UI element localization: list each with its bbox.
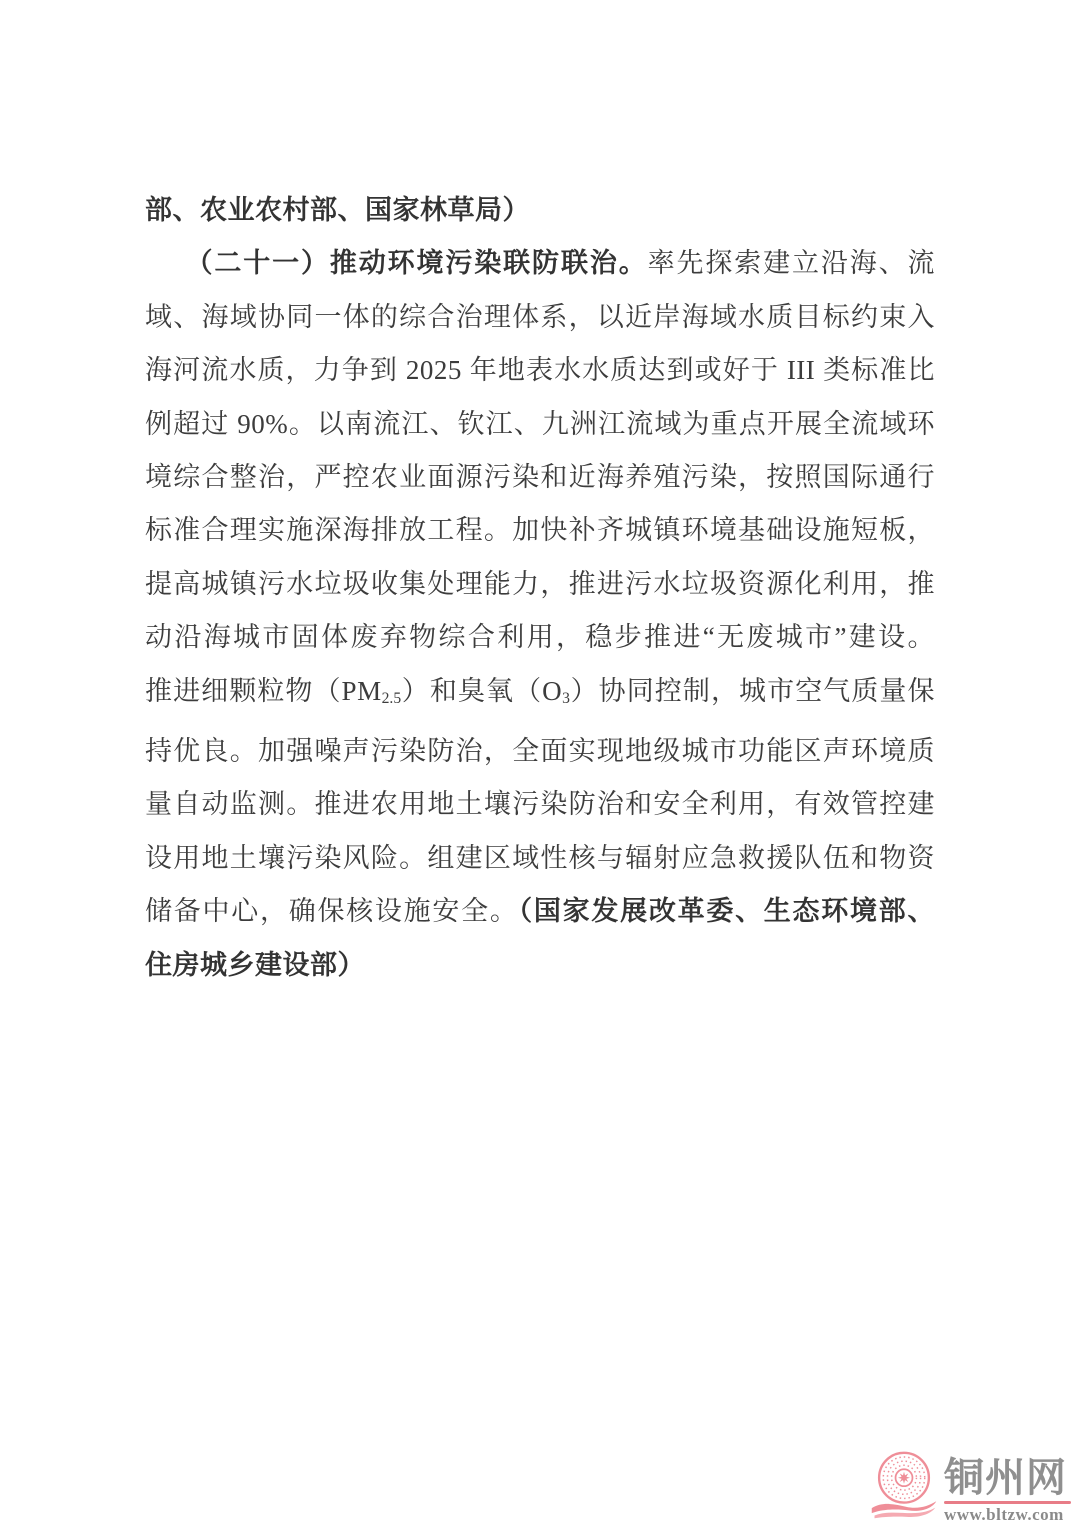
text-segment: 住房城乡建设部） <box>145 950 365 980</box>
text-line-14: 储备中心，确保核设施安全。（国家发展改革委、生态环境部、 <box>145 885 935 938</box>
document-page: 部、农业农村部、国家林草局）（二十一）推动环境污染联防联治。率先探索建立沿海、流… <box>0 0 1080 1527</box>
watermark-text: 铜州网 www.bltzw.com <box>944 1449 1071 1524</box>
text-line-7: 标准合理实施深海排放工程。加快补齐城镇环境基础设施短板， <box>145 504 935 557</box>
text-line-3: 域、海域协同一体的综合治理体系，以近岸海域水质目标约束入 <box>145 291 935 344</box>
text-line-11: 持优良。加强噪声污染防治，全面实现地级城市功能区声环境质 <box>145 725 935 778</box>
bronze-drum-icon <box>869 1449 939 1523</box>
text-segment: 例超过 90%。以南流江、钦江、九洲江流域为重点开展全流域环 <box>145 409 935 439</box>
text-line-10: 推进细颗粒物（PM2.5）和臭氧（O3）协同控制，城市空气质量保 <box>145 665 935 725</box>
text-line-4: 海河流水质，力争到 2025 年地表水水质达到或好于 III 类标准比 <box>145 344 935 397</box>
text-segment: （二十一）推动环境污染联防联治。 <box>186 248 648 278</box>
text-segment: 率先探索建立沿海、流 <box>648 248 935 278</box>
text-segment: 域、海域协同一体的综合治理体系，以近岸海域水质目标约束入 <box>145 302 935 332</box>
text-line-1: 部、农业农村部、国家林草局） <box>145 184 935 237</box>
text-segment: 境综合整治，严控农业面源污染和近海养殖污染，按照国际通行 <box>145 462 935 492</box>
text-segment: 部、农业农村部、国家林草局） <box>145 195 530 225</box>
document-text: 部、农业农村部、国家林草局）（二十一）推动环境污染联防联治。率先探索建立沿海、流… <box>145 184 935 992</box>
text-segment: 提高城镇污水垃圾收集处理能力，推进污水垃圾资源化利用，推 <box>145 569 935 599</box>
text-line-6: 境综合整治，严控农业面源污染和近海养殖污染，按照国际通行 <box>145 451 935 504</box>
text-segment: 量自动监测。推进农用地土壤污染防治和安全利用，有效管控建 <box>145 789 935 819</box>
text-segment: 储备中心，确保核设施安全。 <box>145 896 519 926</box>
text-segment: 持优良。加强噪声污染防治，全面实现地级城市功能区声环境质 <box>145 736 935 766</box>
text-segment: （国家发展改革委、生态环境部、 <box>519 896 935 926</box>
text-line-15: 住房城乡建设部） <box>145 939 935 992</box>
subscript-text: 2.5 <box>382 689 402 706</box>
site-watermark: 铜州网 www.bltzw.com <box>869 1449 1071 1524</box>
text-segment: 推进细颗粒物（PM <box>145 676 382 706</box>
subscript-text: 3 <box>562 689 570 706</box>
text-line-2: （二十一）推动环境污染联防联治。率先探索建立沿海、流 <box>145 237 935 290</box>
watermark-site-url: www.bltzw.com <box>944 1505 1071 1524</box>
text-segment: 海河流水质，力争到 2025 年地表水水质达到或好于 III 类标准比 <box>145 355 935 385</box>
text-line-12: 量自动监测。推进农用地土壤污染防治和安全利用，有效管控建 <box>145 778 935 831</box>
watermark-site-name: 铜州网 <box>944 1457 1071 1499</box>
text-line-8: 提高城镇污水垃圾收集处理能力，推进污水垃圾资源化利用，推 <box>145 558 935 611</box>
text-segment: 设用地土壤污染风险。组建区域性核与辐射应急救援队伍和物资 <box>145 843 935 873</box>
text-line-5: 例超过 90%。以南流江、钦江、九洲江流域为重点开展全流域环 <box>145 398 935 451</box>
text-segment: ）和臭氧（O <box>401 676 562 706</box>
text-segment: 动沿海城市固体废弃物综合利用，稳步推进“无废城市”建设。 <box>145 622 935 652</box>
watermark-divider <box>944 1501 1071 1504</box>
text-segment: 标准合理实施深海排放工程。加快补齐城镇环境基础设施短板， <box>145 515 935 545</box>
text-line-9: 动沿海城市固体废弃物综合利用，稳步推进“无废城市”建设。 <box>145 611 935 664</box>
text-segment: ）协同控制，城市空气质量保 <box>570 676 935 706</box>
text-line-13: 设用地土壤污染风险。组建区域性核与辐射应急救援队伍和物资 <box>145 832 935 885</box>
